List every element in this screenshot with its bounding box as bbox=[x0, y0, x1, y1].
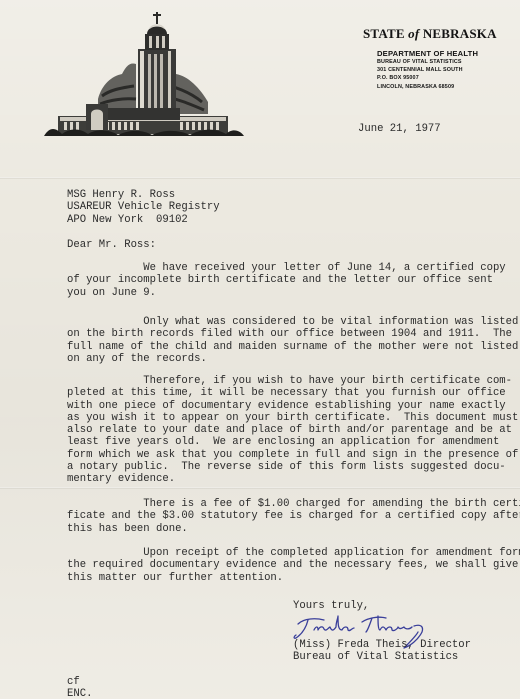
po-box: P.O. BOX 95007 bbox=[377, 74, 497, 82]
state-name: NEBRASKA bbox=[423, 26, 497, 41]
signer-bureau: Bureau of Vital Statistics bbox=[293, 651, 471, 663]
recipient-name: MSG Henry R. Ross bbox=[67, 189, 220, 201]
typist-initials: cf bbox=[67, 677, 92, 689]
recipient-organization: USAREUR Vehicle Registry bbox=[67, 201, 220, 213]
recipient-address: MSG Henry R. RossUSAREUR Vehicle Registr… bbox=[67, 189, 220, 226]
state-of: of bbox=[408, 26, 419, 41]
street-address: 301 CENTENNIAL MALL SOUTH bbox=[377, 66, 497, 74]
letterhead: STATE of NEBRASKA DEPARTMENT OF HEALTH B… bbox=[364, 26, 497, 91]
letter-notations: cfENC. bbox=[67, 677, 92, 699]
letter-page: STATE of NEBRASKA DEPARTMENT OF HEALTH B… bbox=[0, 0, 520, 699]
body-paragraph: We have received your letter of June 14,… bbox=[67, 262, 506, 299]
signer-block: (Miss) Freda Theis, DirectorBureau of Vi… bbox=[293, 639, 471, 664]
body-paragraph: There is a fee of $1.00 charged for amen… bbox=[67, 498, 520, 535]
body-paragraph: Therefore, if you wish to have your birt… bbox=[67, 375, 518, 486]
enclosure-notation: ENC. bbox=[67, 689, 92, 699]
salutation: Dear Mr. Ross: bbox=[67, 239, 156, 251]
city-state-zip: LINCOLN, NEBRASKA 68509 bbox=[377, 83, 497, 91]
letter-date: June 21, 1977 bbox=[358, 123, 441, 135]
department-name: DEPARTMENT OF HEALTH bbox=[377, 49, 497, 58]
body-paragraph: Only what was considered to be vital inf… bbox=[67, 316, 518, 365]
state-prefix: STATE bbox=[363, 26, 405, 41]
complimentary-closing: Yours truly, bbox=[293, 600, 369, 612]
body-paragraph: Upon receipt of the completed applicatio… bbox=[67, 547, 520, 584]
nebraska-capitol-building-icon bbox=[40, 4, 245, 140]
signer-name-title: (Miss) Freda Theis, Director bbox=[293, 639, 471, 651]
state-title: STATE of NEBRASKA bbox=[363, 26, 497, 42]
recipient-city: APO New York 09102 bbox=[67, 214, 220, 226]
bureau-name: BUREAU OF VITAL STATISTICS bbox=[377, 58, 497, 66]
